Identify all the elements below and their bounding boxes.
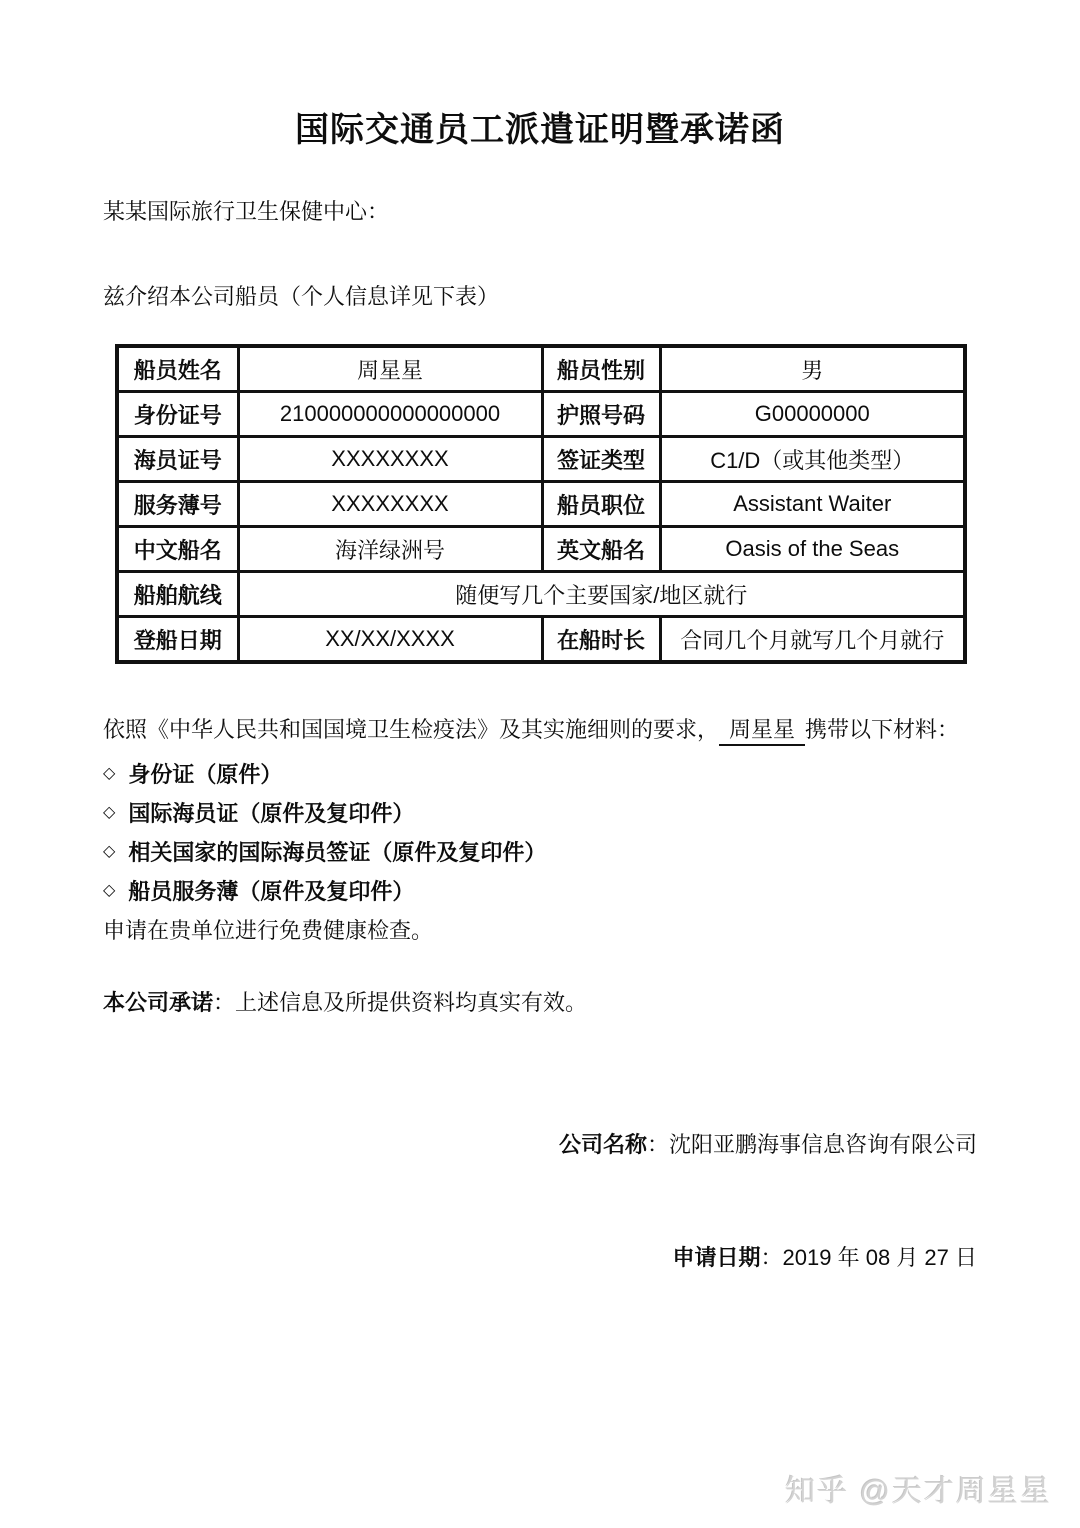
diamond-bullet-icon: ◇ (103, 799, 115, 827)
table-row-id-passport: 身份证号 210000000000000000 护照号码 G00000000 (117, 392, 965, 437)
lead-text-before: 依照《中华人民共和国国境卫生检疫法》及其实施细则的要求， (103, 717, 719, 742)
cell-value: XXXXXXXX (238, 437, 542, 482)
list-item: ◇ 身份证（原件） (103, 761, 977, 789)
table-row-route: 船舶航线 随便写几个主要国家/地区就行 (117, 572, 965, 617)
cell-label: 在船时长 (542, 617, 660, 663)
diamond-bullet-icon: ◇ (103, 760, 115, 788)
cell-label: 签证类型 (542, 437, 660, 482)
cell-label: 船舶航线 (117, 572, 238, 617)
commitment-label: 本公司承诺 (103, 990, 213, 1015)
company-name-line: 公司名称：沈阳亚鹏海事信息咨询有限公司 (103, 1131, 977, 1159)
cell-label: 登船日期 (117, 617, 238, 663)
cell-label: 海员证号 (117, 437, 238, 482)
cell-value: Assistant Waiter (660, 482, 965, 527)
cell-value-route: 随便写几个主要国家/地区就行 (238, 572, 965, 617)
table-row-seaman-visa: 海员证号 XXXXXXXX 签证类型 C1/D（或其他类型） (117, 437, 965, 482)
diamond-bullet-icon: ◇ (103, 877, 115, 905)
table-row-shipname: 中文船名 海洋绿洲号 英文船名 Oasis of the Seas (117, 527, 965, 572)
cell-label: 船员性别 (542, 346, 660, 392)
salutation-line: 某某国际旅行卫生保健中心： (103, 198, 977, 226)
cell-label: 英文船名 (542, 527, 660, 572)
cell-value: G00000000 (660, 392, 965, 437)
crew-name-underlined: 周星星 (719, 717, 805, 746)
commitment-line: 本公司承诺：上述信息及所提供资料均真实有效。 (103, 989, 977, 1017)
zhihu-watermark: 知乎 @天才周星星 (785, 1466, 1052, 1510)
commitment-text: ：上述信息及所提供资料均真实有效。 (213, 990, 587, 1015)
cell-value: Oasis of the Seas (660, 527, 965, 572)
cell-label: 身份证号 (117, 392, 238, 437)
list-item-label: 船员服务薄（原件及复印件） (128, 878, 414, 906)
cell-value: 海洋绿洲号 (238, 527, 542, 572)
cell-value: 210000000000000000 (238, 392, 542, 437)
table-row-boarding-duration: 登船日期 XX/XX/XXXX 在船时长 合同几个月就写几个月就行 (117, 617, 965, 663)
dispatch-letter-page: 国际交通员工派遣证明暨承诺函 某某国际旅行卫生保健中心： 兹介绍本公司船员（个人… (0, 0, 1080, 1528)
list-item-label: 相关国家的国际海员签证（原件及复印件） (128, 839, 546, 867)
list-item-label: 身份证（原件） (128, 761, 282, 789)
materials-list: ◇ 身份证（原件） ◇ 国际海员证（原件及复印件） ◇ 相关国家的国际海员签证（… (103, 761, 977, 906)
cell-label: 服务薄号 (117, 482, 238, 527)
cell-value: XXXXXXXX (238, 482, 542, 527)
requirements-lead: 依照《中华人民共和国国境卫生检疫法》及其实施细则的要求，周星星携带以下材料： (103, 715, 977, 745)
list-item: ◇ 国际海员证（原件及复印件） (103, 800, 977, 828)
cell-value: C1/D（或其他类型） (660, 437, 965, 482)
document-title: 国际交通员工派遣证明暨承诺函 (103, 110, 977, 150)
cell-label: 中文船名 (117, 527, 238, 572)
cell-label: 船员职位 (542, 482, 660, 527)
cell-label: 护照号码 (542, 392, 660, 437)
cell-value: 男 (660, 346, 965, 392)
list-item: ◇ 相关国家的国际海员签证（原件及复印件） (103, 839, 977, 867)
apply-date-value: ：2019 年 08 月 27 日 (761, 1245, 977, 1270)
table-row-servicebook-position: 服务薄号 XXXXXXXX 船员职位 Assistant Waiter (117, 482, 965, 527)
cell-value: 合同几个月就写几个月就行 (660, 617, 965, 663)
apply-date-label: 申请日期 (673, 1245, 761, 1270)
cell-value: 周星星 (238, 346, 542, 392)
free-checkup-note: 申请在贵单位进行免费健康检查。 (103, 917, 977, 945)
lead-text-after: 携带以下材料： (805, 717, 959, 742)
list-item: ◇ 船员服务薄（原件及复印件） (103, 878, 977, 906)
company-name: ：沈阳亚鹏海事信息咨询有限公司 (647, 1132, 977, 1157)
crew-info-table: 船员姓名 周星星 船员性别 男 身份证号 210000000000000000 … (115, 344, 967, 664)
diamond-bullet-icon: ◇ (103, 838, 115, 866)
intro-line: 兹介绍本公司船员（个人信息详见下表） (103, 283, 977, 311)
apply-date-line: 申请日期：2019 年 08 月 27 日 (103, 1244, 977, 1272)
cell-label: 船员姓名 (117, 346, 238, 392)
cell-value: XX/XX/XXXX (238, 617, 542, 663)
table-row-name-gender: 船员姓名 周星星 船员性别 男 (117, 346, 965, 392)
company-label: 公司名称 (559, 1132, 647, 1157)
list-item-label: 国际海员证（原件及复印件） (128, 800, 414, 828)
